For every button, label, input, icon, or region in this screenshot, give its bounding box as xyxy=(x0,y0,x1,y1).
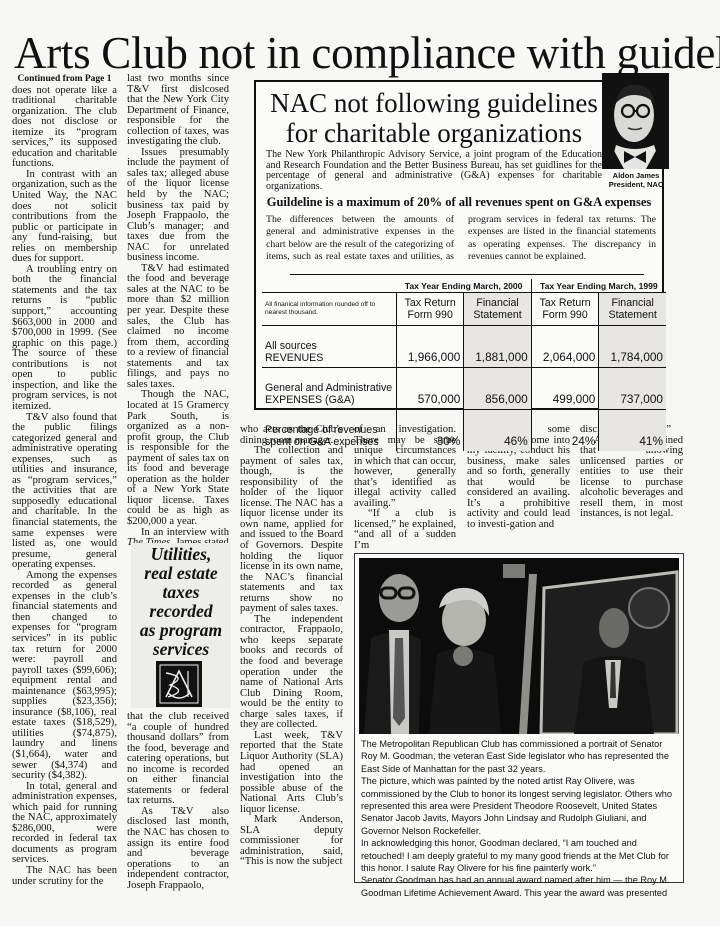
paragraph: Issues presumably include the payment of… xyxy=(127,148,229,264)
article-column-2-top: last two months since T&V first dislcose… xyxy=(127,74,229,549)
paragraph: In total, general and administration exp… xyxy=(12,782,117,866)
article-column-3: who acts as the Club’s dining room manag… xyxy=(240,425,343,868)
paragraph: Last week, T&V reported that the State L… xyxy=(240,731,343,815)
table-row: Percentage of revenuesspent on G&A expen… xyxy=(262,410,666,452)
portrait-caption: Aldon James President, NAC xyxy=(596,171,676,189)
column-header: Tax ReturnForm 990 xyxy=(531,293,599,326)
paragraph: In contrast with an organization, such a… xyxy=(12,170,117,265)
paragraph: The NAC has been under scrutiny for the xyxy=(12,866,117,887)
paragraph: As T&V also disclosed last month, the NA… xyxy=(127,807,229,891)
paragraph: Among the expenses recorded as general e… xyxy=(12,571,117,782)
column-header: Tax ReturnForm 990 xyxy=(397,293,464,326)
article-column-1: Continued from Page 1 does not operate l… xyxy=(12,74,117,887)
paragraph: The independent contractor, Frappaolo, w… xyxy=(240,615,343,731)
paragraph: A troubling entry on both the financial … xyxy=(12,265,117,413)
headline: Arts Club not in compliance with guideli… xyxy=(14,30,714,76)
nac-logo-icon xyxy=(156,661,202,707)
financial-table: Tax Year Ending March, 2000 Tax Year End… xyxy=(262,279,666,451)
table-row: All sourcesREVENUES 1,966,000 1,881,000 … xyxy=(262,326,666,368)
table-row: General and AdministrativeEXPENSES (G&A)… xyxy=(262,368,666,410)
photo-caption: The Metropolitan Republican Club has com… xyxy=(361,738,679,899)
sidebar-subhead: Guildeline is a maximum of 20% of all re… xyxy=(256,195,662,210)
sidebar-intro: The New York Philanthropic Advisory Serv… xyxy=(266,150,602,192)
portrait-unveiling-photo xyxy=(359,558,679,734)
column-header: FinancialStatement xyxy=(464,293,531,326)
photo-with-caption: The Metropolitan Republican Club has com… xyxy=(354,553,684,883)
paragraph: that the club received “a couple of hund… xyxy=(127,712,229,807)
paragraph: T&V also found that the public filings c… xyxy=(12,413,117,571)
year-header-1999: Tax Year Ending March, 1999 xyxy=(531,279,666,293)
paragraph: Though the NAC, located at 15 Gramercy P… xyxy=(127,390,229,527)
paragraph: Mark Anderson, SLA deputy commissioner f… xyxy=(240,815,343,868)
sidebar-title: NAC not following guidelines for charita… xyxy=(264,88,604,148)
article-column-2-bottom: that the club received “a couple of hund… xyxy=(127,712,229,891)
paragraph: “If a club is licensed,” he explained, “… xyxy=(354,509,456,551)
pull-quote: Utilities, real estate taxes recorded as… xyxy=(131,543,231,708)
year-header-2000: Tax Year Ending March, 2000 xyxy=(397,279,532,293)
paragraph: does not operate like a traditional char… xyxy=(12,86,117,170)
paragraph: T&V had estimated the food and beverage … xyxy=(127,264,229,391)
paragraph: last two months since T&V first dislcose… xyxy=(127,74,229,148)
portrait-photo xyxy=(602,73,669,169)
table-note: All finanical information rounded off to… xyxy=(262,293,397,326)
column-header: FinancialStatement xyxy=(599,293,666,326)
divider xyxy=(290,274,644,275)
continued-from-label: Continued from Page 1 xyxy=(12,74,117,85)
sidebar-body: The differences between the amounts of g… xyxy=(266,214,656,264)
paragraph: The collection and payment of sales tax,… xyxy=(240,446,343,615)
